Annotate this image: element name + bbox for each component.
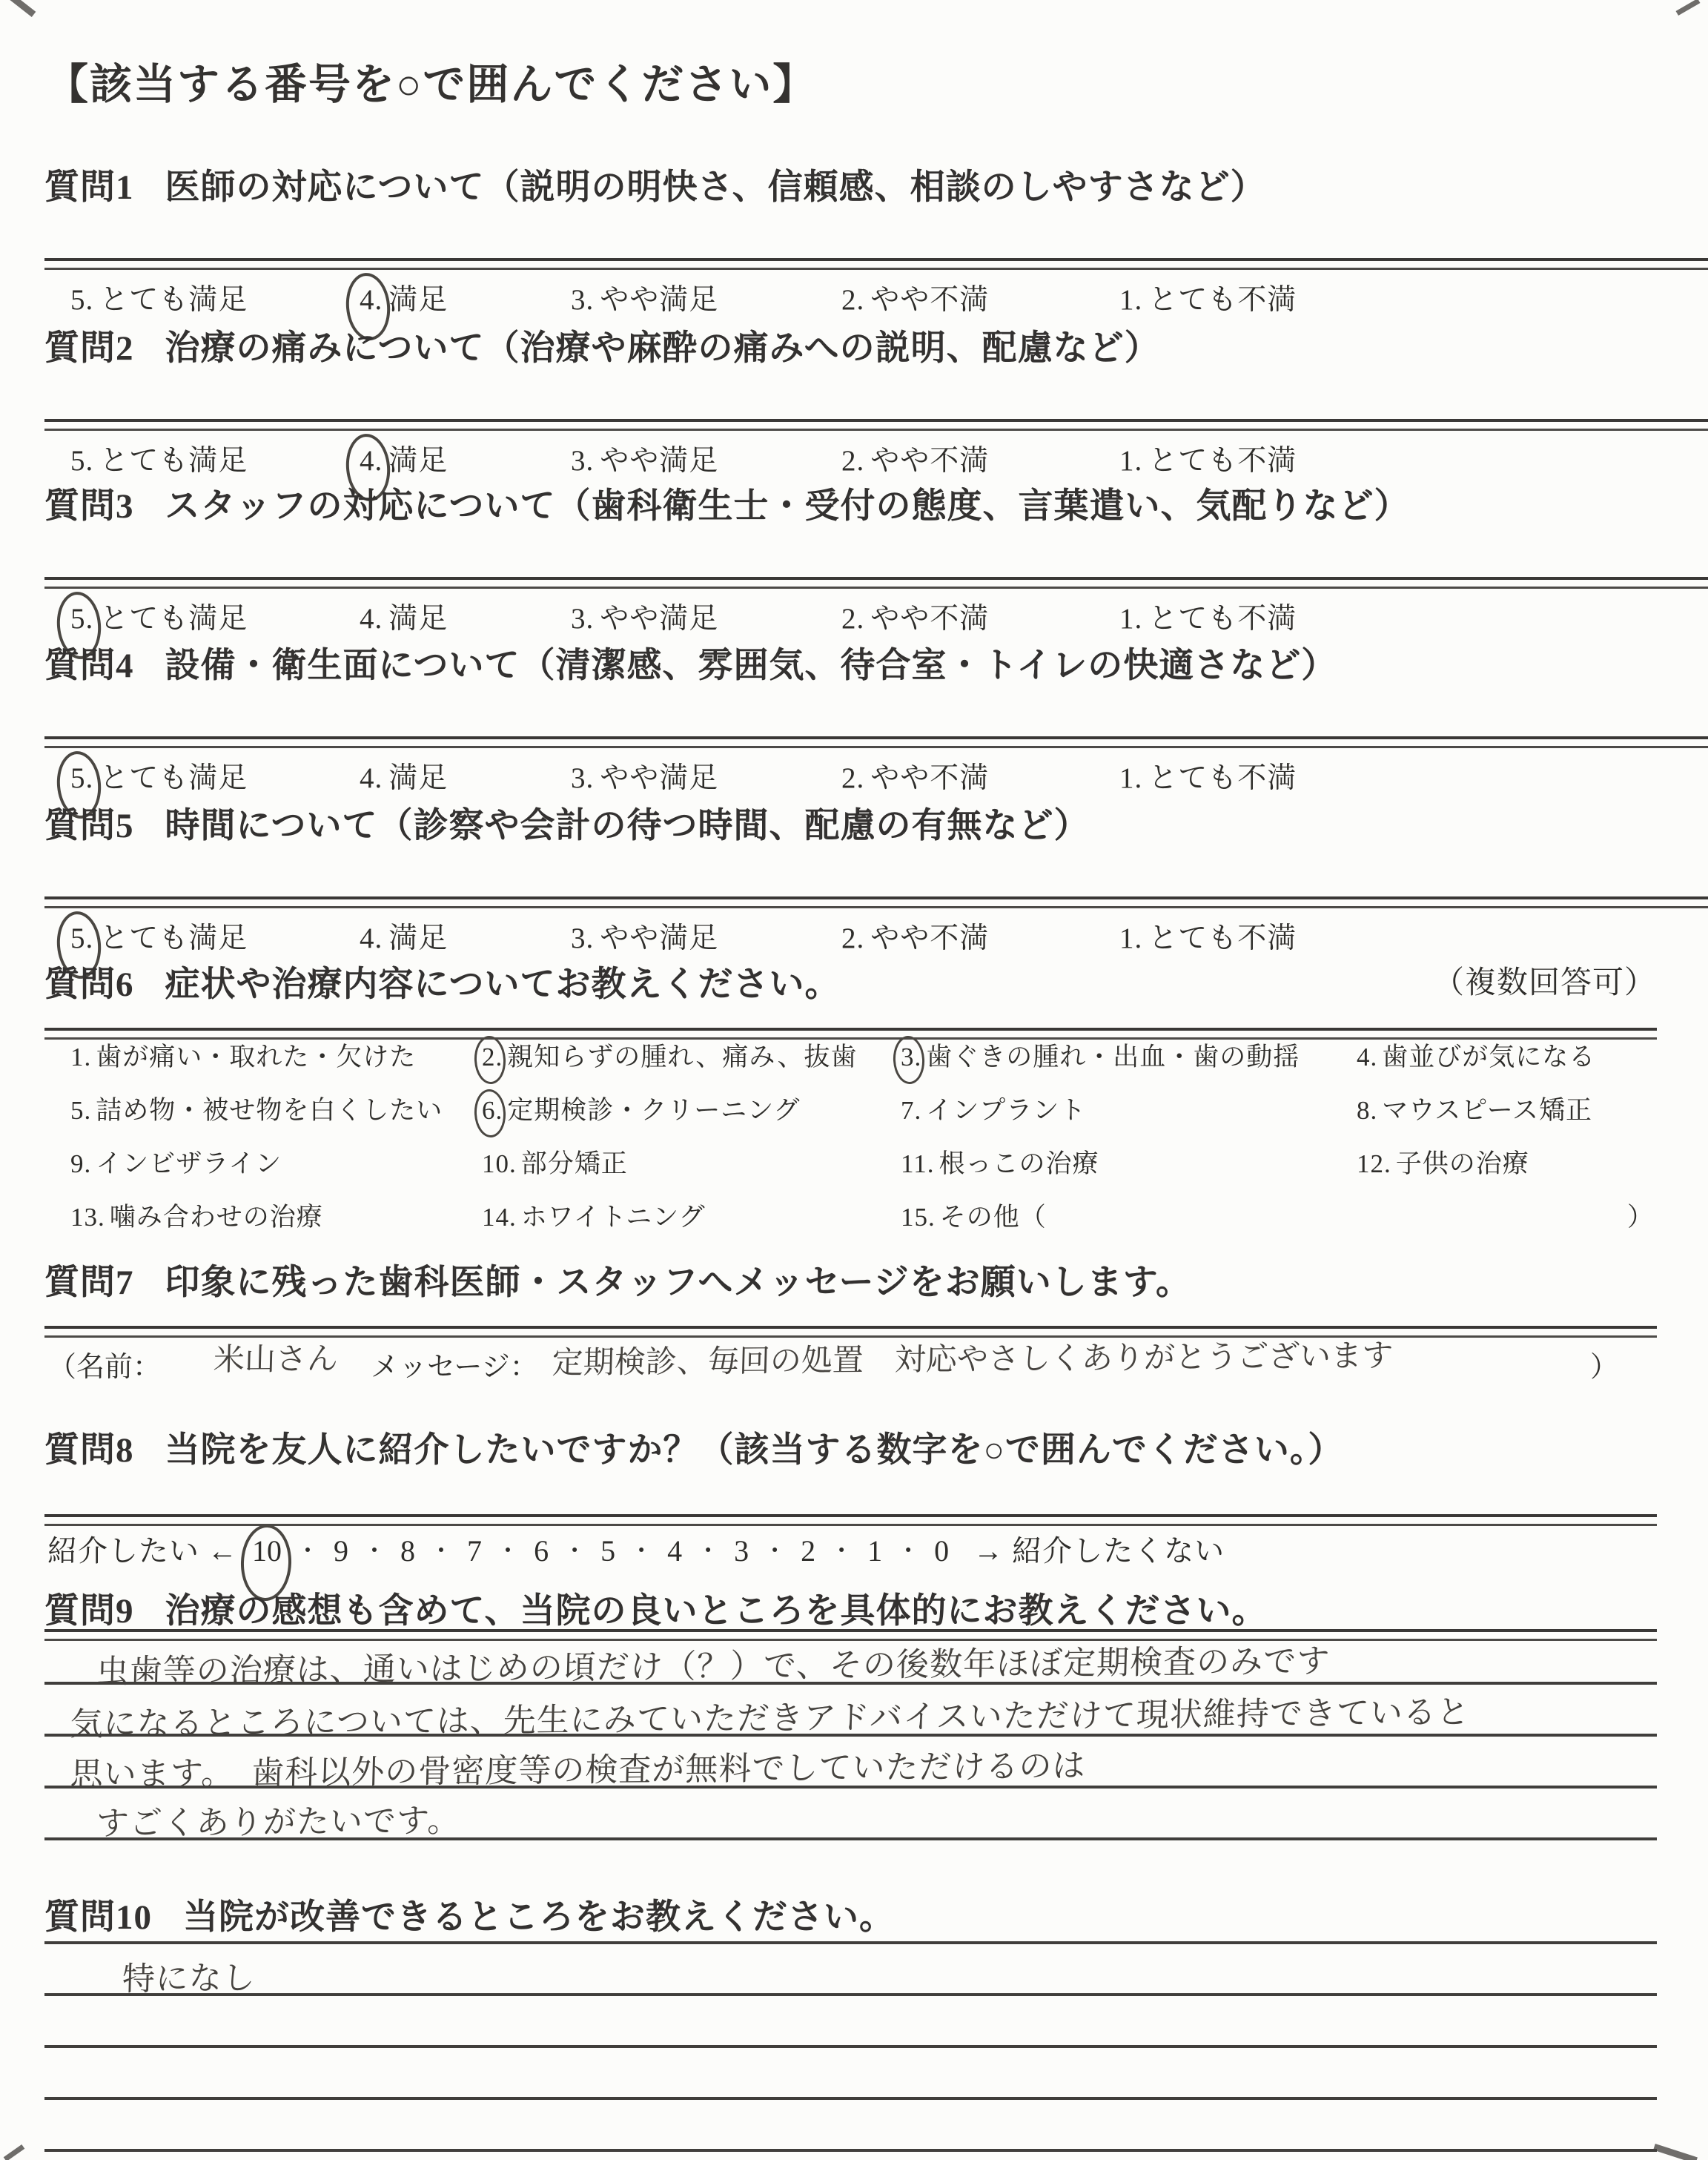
rule	[44, 1514, 1657, 1526]
scan-artifact-top-right	[1676, 0, 1701, 16]
option-label: とても満足	[99, 922, 248, 954]
question-3: 質問3スタッフの対応について（歯科衛生士・受付の態度、言葉遣い、気配りなど） 5…	[44, 478, 1708, 528]
scale-number-3: 3	[734, 1533, 749, 1568]
option-number: 2.	[841, 922, 864, 955]
option-label: 満足	[388, 762, 448, 794]
q4-option-1: 1.とても不満	[1119, 755, 1297, 796]
option-number: 2.	[841, 762, 864, 795]
message-label: メッセージ：	[371, 1344, 538, 1384]
item-number: 8.	[1357, 1096, 1377, 1126]
scan-artifact-top-left	[7, 0, 36, 17]
question-7-heading: 質問7印象に残った歯科医師・スタッフへメッセージをお願いします。	[44, 1255, 1708, 1304]
q5-option-1: 1.とても不満	[1119, 915, 1297, 957]
option-label: 満足	[388, 922, 448, 954]
item-label: その他（	[940, 1203, 1047, 1232]
q3-option-1: 1.とても不満	[1119, 595, 1297, 637]
item-number-circled: 6.	[482, 1096, 503, 1126]
question-10-heading: 質問10当院が改善できるところをお教えください。	[44, 1889, 1708, 1939]
option-number: 3.	[571, 762, 594, 795]
answer-line	[44, 2149, 1657, 2152]
page-title: 【該当する番号を○で囲んでください】	[46, 50, 816, 111]
option-label: とても不満	[1148, 603, 1297, 635]
q5-option-5: 5.とても満足	[70, 915, 248, 957]
scale-separator: ・	[296, 1532, 320, 1566]
q5-option-2: 2.やや不満	[841, 915, 989, 957]
item-label: ホワイトニング	[521, 1203, 706, 1232]
q4-option-4: 4.満足	[360, 755, 448, 796]
rule	[44, 896, 1708, 908]
scale-number-7: 7	[467, 1533, 482, 1568]
q6-item-8: 8.マウスピース矯正	[1357, 1090, 1592, 1127]
option-number: 3.	[571, 444, 594, 478]
option-label: やや不満	[870, 445, 989, 477]
survey-scan-page: 【該当する番号を○で囲んでください】 質問1医師の対応について（説明の明快さ、信…	[0, 0, 1708, 2160]
option-number: 2.	[841, 444, 864, 478]
answer-line	[44, 1837, 1657, 1840]
question-2-number: 質問2	[44, 329, 134, 368]
item-label: 噛み合わせの治療	[110, 1203, 323, 1232]
item-label: 詰め物・被せ物を白くしたい	[96, 1096, 443, 1125]
q6-row-4: 13.噛み合わせの治療 14.ホワイトニング 15.その他（ ）	[44, 1197, 1708, 1241]
question-1: 質問1医師の対応について（説明の明快さ、信頼感、相談のしやすさなど） 5.とても…	[44, 159, 1708, 209]
option-number: 3.	[571, 922, 594, 955]
option-label: やや不満	[870, 603, 989, 635]
item-label: インビザライン	[96, 1149, 282, 1178]
q2-option-2: 2.やや不満	[841, 437, 989, 479]
item-label: 親知らずの腫れ、痛み、抜歯	[507, 1043, 857, 1071]
q1-option-3: 3.やや満足	[571, 277, 718, 318]
handwritten-message: 定期検診、毎回の処置 対応やさしくありがとうございます	[552, 1331, 1394, 1383]
rule	[44, 577, 1708, 589]
answer-line	[44, 1734, 1657, 1737]
name-label: （名前：	[48, 1344, 161, 1384]
q4-option-2: 2.やや不満	[841, 755, 989, 796]
item-number: 7.	[901, 1096, 921, 1126]
rule	[44, 736, 1708, 748]
q7-answer-row: （名前： 米山さん メッセージ： 定期検診、毎回の処置 対応やさしくありがとうご…	[44, 1338, 1708, 1404]
option-label: とても満足	[99, 284, 248, 316]
q2-option-4: 4.満足	[360, 437, 448, 479]
question-10: 質問10当院が改善できるところをお教えください。 特になし	[44, 1889, 1708, 1939]
scale-separator: ・	[363, 1532, 386, 1566]
scale-left-label: 紹介したい ←	[47, 1527, 238, 1570]
question-1-heading: 質問1医師の対応について（説明の明快さ、信頼感、相談のしやすさなど）	[44, 159, 1708, 209]
question-10-topic: 当院が改善できるところをお教えください。	[183, 1898, 895, 1937]
option-number-circled: 5.	[70, 922, 93, 955]
item-number: 11.	[901, 1149, 934, 1179]
q2-option-5: 5.とても満足	[70, 437, 248, 479]
multiple-answers-note: （複数回答可）	[1433, 958, 1656, 1003]
option-label: 満足	[388, 284, 448, 316]
q3-option-4: 4.満足	[360, 595, 448, 637]
option-label: 満足	[388, 603, 448, 635]
item-number: 12.	[1357, 1149, 1391, 1179]
q2-option-3: 3.やや満足	[571, 437, 718, 479]
item-label: インプラント	[926, 1096, 1086, 1125]
item-label: 根っこの治療	[939, 1149, 1099, 1178]
scale-separator: ・	[830, 1532, 853, 1566]
item-label: 歯ぐきの腫れ・出血・歯の動揺	[926, 1043, 1300, 1071]
question-5-topic: 時間について（診察や会計の待つ時間、配慮の有無など）	[165, 807, 1090, 845]
question-4-heading: 質問4設備・衛生面について（清潔感、雰囲気、待合室・トイレの快適さなど）	[44, 638, 1708, 687]
item-label: 子供の治療	[1396, 1149, 1529, 1178]
question-1-topic: 医師の対応について（説明の明快さ、信頼感、相談のしやすさなど）	[165, 168, 1266, 207]
question-7-topic: 印象に残った歯科医師・スタッフへメッセージをお願いします。	[165, 1264, 1191, 1302]
scale-number-10-circled: 10	[252, 1533, 282, 1568]
item-label: 部分矯正	[521, 1149, 628, 1178]
item-number: 5.	[70, 1096, 91, 1126]
option-label: とても不満	[1148, 762, 1297, 794]
option-label: やや不満	[870, 922, 989, 954]
scale-number-2: 2	[801, 1533, 815, 1568]
scale-number-0: 0	[934, 1533, 949, 1568]
q6-item-5: 5.詰め物・被せ物を白くしたい	[70, 1090, 443, 1127]
question-10-number: 質問10	[44, 1898, 152, 1937]
option-label: やや不満	[870, 762, 989, 794]
question-3-number: 質問3	[44, 487, 134, 526]
q1-option-1: 1.とても不満	[1119, 277, 1297, 318]
q1-option-4: 4.満足	[360, 277, 448, 318]
item-number-circled: 2.	[482, 1043, 503, 1072]
question-3-topic: スタッフの対応について（歯科衛生士・受付の態度、言葉遣い、気配りなど）	[165, 487, 1410, 526]
question-9-heading: 質問9治療の感想も含めて、当院の良いところを具体的にお教えください。	[44, 1583, 1708, 1633]
q6-item-6: 6.定期検診・クリーニング	[482, 1090, 801, 1127]
question-9-topic: 治療の感想も含めて、当院の良いところを具体的にお教えください。	[165, 1592, 1268, 1631]
item-number: 10.	[482, 1149, 517, 1179]
question-5-number: 質問5	[44, 807, 134, 845]
q6-item-12: 12.子供の治療	[1357, 1143, 1529, 1180]
q6-item-15: 15.その他（	[901, 1197, 1047, 1234]
option-label: とても満足	[99, 445, 248, 477]
q4-option-5: 5.とても満足	[70, 755, 248, 796]
q6-item-4: 4.歯並びが気になる	[1357, 1037, 1595, 1074]
scale-number-6: 6	[534, 1533, 549, 1568]
option-number: 1.	[1119, 762, 1142, 795]
item-label: マウスピース矯正	[1382, 1096, 1592, 1125]
option-label: とても不満	[1148, 922, 1297, 954]
option-label: やや不満	[870, 284, 989, 316]
question-2-heading: 質問2治療の痛みについて（治療や麻酔の痛みへの説明、配慮など）	[44, 320, 1708, 370]
option-number: 2.	[841, 283, 864, 317]
question-9: 質問9治療の感想も含めて、当院の良いところを具体的にお教えください。 虫歯等の治…	[44, 1583, 1708, 1633]
q5-option-3: 3.やや満足	[571, 915, 718, 957]
nps-scale-row: 紹介したい ← 10 ・ 9 ・ 8 ・ 7 ・ 6 ・ 5 ・ 4 ・ 3 ・…	[47, 1527, 1678, 1570]
scale-separator: ・	[696, 1532, 720, 1566]
q6-item-9: 9.インビザライン	[70, 1143, 282, 1180]
item-label: 歯並びが気になる	[1382, 1043, 1595, 1071]
question-9-number: 質問9	[44, 1592, 134, 1631]
scale-separator: ・	[496, 1532, 520, 1566]
q1-option-2: 2.やや不満	[841, 277, 989, 318]
scale-right-label: → 紹介したくない	[973, 1527, 1225, 1570]
option-label: やや満足	[600, 762, 718, 794]
close-paren: ）	[1590, 1344, 1618, 1384]
scale-separator: ・	[763, 1532, 787, 1566]
question-3-heading: 質問3スタッフの対応について（歯科衛生士・受付の態度、言葉遣い、気配りなど）	[44, 478, 1708, 528]
scale-separator: ・	[629, 1532, 653, 1566]
q4-option-3: 3.やや満足	[571, 755, 718, 796]
option-label: やや満足	[600, 445, 718, 477]
q6-item-13: 13.噛み合わせの治療	[70, 1197, 323, 1234]
q6-item-7: 7.インプラント	[901, 1090, 1086, 1127]
question-1-number: 質問1	[44, 168, 134, 207]
scale-number-1: 1	[867, 1533, 882, 1568]
option-number: 4.	[360, 922, 383, 955]
question-5: 質問5時間について（診察や会計の待つ時間、配慮の有無など） 5.とても満足 4.…	[44, 798, 1708, 848]
question-7-number: 質問7	[44, 1264, 134, 1302]
q2-option-1: 1.とても不満	[1119, 437, 1297, 479]
item-number-circled: 3.	[901, 1043, 921, 1072]
handwritten-answer: 特になし	[122, 1951, 256, 2000]
question-8-heading: 質問8当院を友人に紹介したいですか？（該当する数字を○で囲んでください。）	[44, 1422, 1708, 1472]
rule	[44, 419, 1708, 431]
q6-row-2: 5.詰め物・被せ物を白くしたい 6.定期検診・クリーニング 7.インプラント 8…	[44, 1090, 1708, 1135]
answer-line	[44, 2097, 1657, 2100]
scale-separator: ・	[563, 1532, 586, 1566]
option-number: 1.	[1119, 922, 1142, 955]
item-number: 4.	[1357, 1043, 1377, 1072]
scale-number-8: 8	[400, 1533, 415, 1568]
answer-line	[44, 2045, 1657, 2048]
scan-artifact-bottom-right	[1653, 2144, 1698, 2160]
option-number: 4.	[360, 762, 383, 795]
question-8-number: 質問8	[44, 1431, 134, 1470]
question-4: 質問4設備・衛生面について（清潔感、雰囲気、待合室・トイレの快適さなど） 5.と…	[44, 638, 1708, 687]
q6-item-14: 14.ホワイトニング	[482, 1197, 706, 1234]
option-number: 1.	[1119, 602, 1142, 635]
q6-item-11: 11.根っこの治療	[901, 1143, 1099, 1180]
q6-item-10: 10.部分矯正	[482, 1143, 628, 1180]
q3-option-2: 2.やや不満	[841, 595, 989, 637]
q6-row-3: 9.インビザライン 10.部分矯正 11.根っこの治療 12.子供の治療	[44, 1143, 1708, 1188]
option-number: 2.	[841, 602, 864, 635]
answer-line	[44, 1993, 1657, 1996]
option-label: やや満足	[600, 922, 718, 954]
handwritten-answer-line-4: すごくありがたいです。	[96, 1794, 461, 1844]
question-4-number: 質問4	[44, 647, 134, 685]
option-number: 5.	[70, 444, 93, 478]
option-label: 満足	[388, 445, 448, 477]
question-7: 質問7印象に残った歯科医師・スタッフへメッセージをお願いします。 （名前： 米山…	[44, 1255, 1708, 1304]
scale-separator: ・	[896, 1532, 920, 1566]
answer-line	[44, 1682, 1657, 1685]
question-8: 質問8当院を友人に紹介したいですか？（該当する数字を○で囲んでください。） 紹介…	[44, 1422, 1708, 1472]
option-label: とても不満	[1148, 284, 1297, 316]
q1-option-5: 5.とても満足	[70, 277, 248, 318]
option-number: 3.	[571, 602, 594, 635]
option-number: 4.	[360, 602, 383, 635]
q6-row-1: 1.歯が痛い・取れた・欠けた 2.親知らずの腫れ、痛み、抜歯 3.歯ぐきの腫れ・…	[44, 1037, 1708, 1081]
item-label: 定期検診・クリーニング	[507, 1096, 800, 1125]
scale-separator: ・	[429, 1532, 453, 1566]
q3-option-5: 5.とても満足	[70, 595, 248, 637]
option-number-circled: 5.	[70, 602, 93, 635]
item-number: 15.	[901, 1203, 936, 1232]
q6-item-1: 1.歯が痛い・取れた・欠けた	[70, 1037, 416, 1074]
question-2: 質問2治療の痛みについて（治療や麻酔の痛みへの説明、配慮など） 5.とても満足 …	[44, 320, 1708, 370]
scale-number-9: 9	[334, 1533, 348, 1568]
option-number-circled: 4.	[360, 283, 383, 317]
item-number: 1.	[70, 1043, 91, 1072]
q6-item-2: 2.親知らずの腫れ、痛み、抜歯	[482, 1037, 857, 1074]
question-8-topic: 当院を友人に紹介したいですか？（該当する数字を○で囲んでください。）	[165, 1431, 1344, 1470]
scale-number-5: 5	[600, 1533, 615, 1568]
option-label: とても不満	[1148, 445, 1297, 477]
q5-option-4: 4.満足	[360, 915, 448, 957]
rule	[44, 258, 1708, 270]
question-5-heading: 質問5時間について（診察や会計の待つ時間、配慮の有無など）	[44, 798, 1708, 848]
question-6: 質問6症状や治療内容についてお教えください。 （複数回答可） 1.歯が痛い・取れ…	[44, 957, 1708, 1006]
handwritten-name: 米山さん	[213, 1334, 339, 1379]
option-number: 5.	[70, 283, 93, 317]
scan-artifact-bottom-left	[4, 2144, 25, 2160]
question-6-number: 質問6	[44, 965, 134, 1004]
question-4-topic: 設備・衛生面について（清潔感、雰囲気、待合室・トイレの快適さなど）	[165, 647, 1337, 685]
q3-option-3: 3.やや満足	[571, 595, 718, 637]
option-number: 1.	[1119, 444, 1142, 478]
option-label: やや満足	[600, 603, 718, 635]
scale-number-4: 4	[667, 1533, 682, 1568]
option-label: やや満足	[600, 284, 718, 316]
answer-line	[44, 1941, 1657, 1944]
answer-line	[44, 1786, 1657, 1789]
option-number: 3.	[571, 283, 594, 317]
option-label: とても満足	[99, 603, 248, 635]
item-number: 14.	[482, 1203, 517, 1232]
question-2-topic: 治療の痛みについて（治療や麻酔の痛みへの説明、配慮など）	[165, 329, 1160, 368]
item-number: 9.	[70, 1149, 91, 1179]
question-6-topic: 症状や治療内容についてお教えください。	[165, 965, 841, 1004]
option-label: とても満足	[99, 762, 248, 794]
option-number: 1.	[1119, 283, 1142, 317]
other-close-paren: ）	[1627, 1197, 1653, 1234]
item-label: 歯が痛い・取れた・欠けた	[96, 1043, 416, 1071]
item-number: 13.	[70, 1203, 105, 1232]
option-number-circled: 5.	[70, 762, 93, 795]
q6-item-3: 3.歯ぐきの腫れ・出血・歯の動揺	[901, 1037, 1300, 1074]
option-number-circled: 4.	[360, 444, 383, 478]
